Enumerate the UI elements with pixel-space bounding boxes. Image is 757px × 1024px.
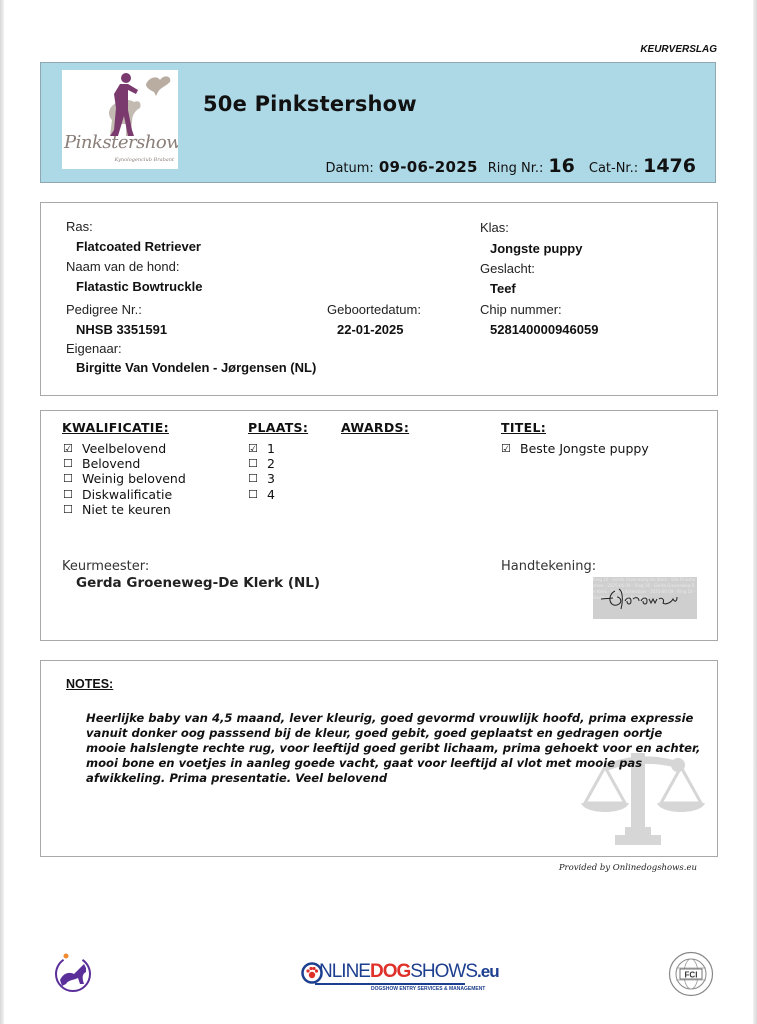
ods-underline [315, 983, 465, 985]
signature-label: Handtekening: [501, 559, 596, 574]
unchecked-box-icon: ☐ [248, 471, 261, 486]
kennel-club-logo-icon [52, 950, 94, 994]
chip-label: Chip nummer: [480, 302, 562, 317]
placement-option-label: 3 [267, 471, 275, 486]
signature-scribble-icon [593, 577, 697, 619]
page-edge-left [0, 0, 4, 1024]
title-option: ☑Beste Jongste puppy [501, 441, 649, 456]
fci-logo-icon: FCI [668, 951, 714, 997]
checked-box-icon: ☑ [501, 441, 514, 456]
qualification-options: ☑Veelbelovend☐Belovend☐Weinig belovend☐D… [63, 441, 186, 517]
onlinedogshows-logo[interactable]: NLINEDOGSHOWS.eu DOGSHOW ENTRY SERVICES … [301, 960, 467, 998]
pedigree-label: Pedigree Nr.: [66, 302, 142, 317]
judge-name: Gerda Groeneweg-De Klerk (NL) [76, 575, 320, 591]
title-options: ☑Beste Jongste puppy [501, 441, 649, 456]
checked-box-icon: ☑ [248, 441, 261, 456]
qualification-option: ☐Belovend [63, 456, 186, 471]
unchecked-box-icon: ☐ [63, 456, 76, 471]
show-header: Pinkstershow Kynologenclub Brabant 50e P… [40, 62, 716, 183]
ods-prefix: NLINE [319, 961, 370, 982]
handler-with-dog-logo-icon [62, 70, 178, 140]
unchecked-box-icon: ☐ [248, 487, 261, 502]
header-meta: Datum: 09-06-2025 Ring Nr.: 16 Cat-Nr.: … [325, 155, 696, 177]
title-option-label: Beste Jongste puppy [520, 441, 649, 456]
owner-value: Birgitte Van Vondelen - Jørgensen (NL) [76, 360, 316, 375]
ods-tagline: DOGSHOW ENTRY SERVICES & MANAGEMENT [371, 986, 485, 992]
qualification-option: ☐Diskwalificatie [63, 487, 186, 502]
title-heading: TITEL: [501, 420, 546, 435]
fci-text: FCI [685, 971, 698, 980]
breed-label: Ras: [66, 219, 93, 234]
sex-value: Teef [490, 281, 516, 296]
qualification-option: ☐Weinig belovend [63, 471, 186, 486]
unchecked-box-icon: ☐ [63, 487, 76, 502]
page-edge-right [753, 0, 757, 1024]
notes-text: Heerlijke baby van 4,5 maand, lever kleu… [86, 711, 701, 786]
cat-label: Cat-Nr.: [589, 161, 638, 176]
unchecked-box-icon: ☐ [63, 502, 76, 517]
document-type-label: KEURVERSLAG [640, 44, 717, 55]
class-label: Klas: [480, 220, 509, 235]
dog-name-value: Flatastic Bowtruckle [76, 279, 202, 294]
logo-subtitle: Kynologenclub Brabant [62, 157, 174, 163]
qualification-option-label: Niet te keuren [82, 502, 171, 517]
placement-option-label: 2 [267, 456, 275, 471]
placement-heading: PLAATS: [248, 420, 308, 435]
notes-box: NOTES: Heerlijke baby van 4,5 maand, lev… [40, 660, 718, 857]
placement-option: ☑1 [248, 441, 275, 456]
birthdate-label: Geboortedatum: [327, 302, 421, 317]
qualification-option: ☑Veelbelovend [63, 441, 186, 456]
pedigree-value: NHSB 3351591 [76, 322, 167, 337]
placement-options: ☑1☐2☐3☐4 [248, 441, 275, 502]
judging-result-box: KWALIFICATIE: ☑Veelbelovend☐Belovend☐Wei… [40, 410, 718, 641]
notes-heading: NOTES: [66, 677, 113, 691]
placement-option: ☐4 [248, 487, 275, 502]
qualification-option-label: Diskwalificatie [82, 487, 172, 502]
ring-value: 16 [548, 155, 574, 177]
date-label: Datum: [325, 161, 373, 176]
placement-option-label: 4 [267, 487, 275, 502]
class-value: Jongste puppy [490, 241, 582, 256]
birthdate-value: 22-01-2025 [337, 322, 404, 337]
ring-label: Ring Nr.: [488, 161, 544, 176]
judge-label: Keurmeester: [62, 559, 149, 574]
owner-label: Eigenaar: [66, 341, 122, 356]
unchecked-box-icon: ☐ [63, 471, 76, 486]
ods-domain: .eu [477, 962, 499, 981]
ods-highlight: DOG [370, 961, 410, 982]
logo-script-text: Pinkstershow [64, 132, 178, 153]
qualification-option-label: Veelbelovend [82, 441, 166, 456]
show-title: 50e Pinkstershow [203, 92, 417, 116]
ods-suffix: SHOWS [410, 961, 477, 982]
chip-value: 528140000946059 [490, 322, 598, 337]
awards-heading: AWARDS: [341, 420, 409, 435]
placement-option: ☐3 [248, 471, 275, 486]
qualification-option: ☐Niet te keuren [63, 502, 186, 517]
unchecked-box-icon: ☐ [248, 456, 261, 471]
breed-value: Flatcoated Retriever [76, 239, 201, 254]
placement-option-label: 1 [267, 441, 275, 456]
qualification-option-label: Weinig belovend [82, 471, 186, 486]
qualification-option-label: Belovend [82, 456, 140, 471]
qualification-heading: KWALIFICATIE: [62, 420, 169, 435]
dog-info-box: Ras: Flatcoated Retriever Naam van de ho… [40, 202, 718, 396]
date-value: 09-06-2025 [379, 158, 478, 176]
ods-wordmark: NLINEDOGSHOWS.eu [319, 961, 499, 983]
dog-name-label: Naam van de hond: [66, 259, 179, 274]
checked-box-icon: ☑ [63, 441, 76, 456]
provided-by-text: Provided by Onlinedogshows.eu [559, 863, 697, 873]
placement-option: ☐2 [248, 456, 275, 471]
cat-value: 1476 [643, 155, 696, 177]
signature-image: Ring 16 - Gerda Groeneweg-De Klerk - 50e… [593, 577, 697, 619]
sex-label: Geslacht: [480, 261, 535, 276]
show-logo: Pinkstershow Kynologenclub Brabant [62, 70, 178, 169]
